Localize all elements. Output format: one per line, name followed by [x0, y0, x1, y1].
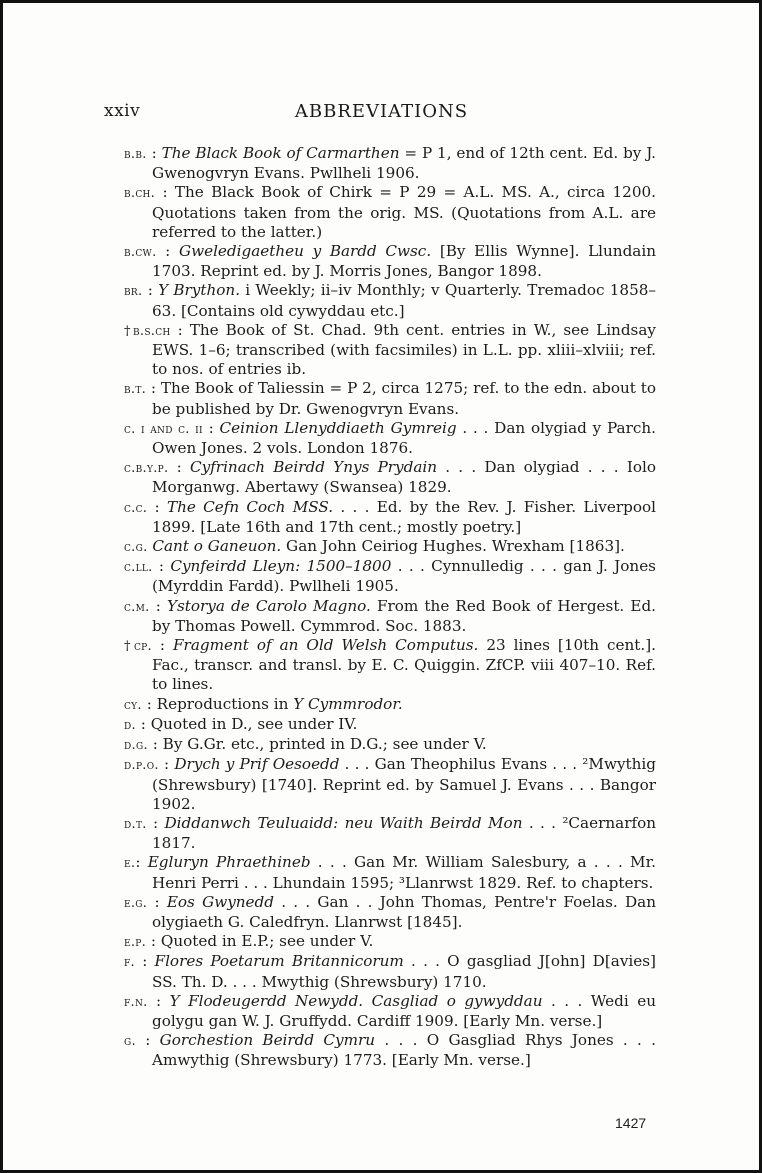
abbreviation-separator: : — [147, 498, 167, 516]
work-title: Y Brython. — [158, 281, 240, 299]
abbreviation-entry: c.g. Cant o Ganeuon. Gan John Ceiriog Hu… — [124, 537, 656, 557]
abbreviation-entry: b.t. : The Book of Taliessin = P 2, circ… — [124, 379, 656, 418]
work-title: Egluryn Phraethineb — [148, 853, 311, 871]
abbreviation-separator: : — [142, 281, 158, 299]
abbreviation-separator: : — [159, 755, 174, 773]
work-title: The Cefn Coch MSS. — [167, 498, 333, 516]
abbreviation-separator: : — [147, 893, 167, 911]
abbreviation-key: d.t. — [124, 817, 147, 832]
abbreviation-separator: : — [157, 242, 179, 260]
work-title: Cynfeirdd Lleyn: 1500–1800 — [170, 557, 391, 575]
work-title: Diddanwch Teuluaidd: neu Waith Beirdd Mo… — [165, 814, 523, 832]
abbreviation-key: br. — [124, 284, 142, 299]
abbreviation-key: b.t. — [124, 382, 146, 397]
abbreviation-entry: d. : Quoted in D., see under IV. — [124, 715, 656, 735]
work-title: Drych y Prif Oesoedd — [174, 755, 339, 773]
abbreviation-entry: e.g. : Eos Gwynedd . . . Gan . . John Th… — [124, 893, 656, 932]
abbreviation-entry: e.p. : Quoted in E.P.; see under V. — [124, 932, 656, 952]
entry-description: Quoted in E.P.; see under V. — [161, 932, 373, 950]
abbreviation-key: c.g. — [124, 540, 148, 555]
abbreviation-entry: c.m. : Ystorya de Carolo Magno. From the… — [124, 597, 656, 636]
abbreviation-key: d. — [124, 718, 136, 733]
abbreviation-key: b.cw. — [124, 245, 157, 260]
abbreviation-entry: e.: Egluryn Phraethineb . . . Gan Mr. Wi… — [124, 853, 656, 892]
abbreviation-separator: : — [153, 557, 171, 575]
work-title: Flores Poetarum Britannicorum — [155, 952, 404, 970]
work-title: Cant o Ganeuon. — [152, 537, 281, 555]
page-title: ABBREVIATIONS — [104, 101, 659, 122]
abbreviation-separator: : — [148, 992, 170, 1010]
abbreviation-entry: f. : Flores Poetarum Britannicorum . . .… — [124, 952, 656, 991]
abbreviation-key: e.p. — [124, 935, 146, 950]
abbreviation-key: †cp. — [124, 639, 152, 654]
abbreviation-key: d.p.o. — [124, 758, 159, 773]
scanned-page: xxiv ABBREVIATIONS b.b. : The Black Book… — [0, 0, 762, 1173]
work-title: Ystorya de Carolo Magno. — [167, 597, 371, 615]
abbreviation-key: f. — [124, 955, 135, 970]
work-title: Fragment of an Old Welsh Computus. — [173, 636, 478, 654]
abbreviation-separator: : — [148, 735, 163, 753]
page-number: 1427 — [615, 1115, 646, 1131]
abbreviation-key: b.ch. — [124, 186, 155, 201]
abbreviation-list: b.b. : The Black Book of Carmarthen = P … — [124, 144, 656, 1071]
abbreviation-key: g. — [124, 1034, 136, 1049]
abbreviation-key: cy. — [124, 698, 142, 713]
abbreviation-entry: †b.s.ch : The Book of St. Chad. 9th cent… — [124, 321, 656, 380]
abbreviation-entry: c.c. : The Cefn Coch MSS. . . . Ed. by t… — [124, 498, 656, 537]
abbreviation-separator: : — [168, 458, 190, 476]
entry-description: The Book of St. Chad. 9th cent. entries … — [152, 321, 656, 378]
work-title: The Black Book of Carmarthen — [162, 144, 400, 162]
abbreviation-key: f.n. — [124, 995, 148, 1010]
abbreviation-entry: g. : Gorchestion Beirdd Cymru . . . O Ga… — [124, 1031, 656, 1070]
abbreviation-separator: : — [150, 597, 167, 615]
entry-description: The Book of Taliessin = P 2, circa 1275;… — [152, 379, 656, 417]
entry-description: The Black Book of Chirk = P 29 = A.L. MS… — [152, 183, 656, 240]
abbreviation-separator: : — [155, 183, 175, 201]
abbreviation-key: c.b.y.p. — [124, 461, 168, 476]
abbreviation-key: c.m. — [124, 600, 150, 615]
abbreviation-separator: : — [147, 814, 165, 832]
abbreviation-entry: c.ll. : Cynfeirdd Lleyn: 1500–1800 . . .… — [124, 557, 656, 596]
abbreviation-entry: br. : Y Brython. i Weekly; ii–iv Monthly… — [124, 281, 656, 320]
abbreviation-separator: : — [152, 636, 173, 654]
abbreviation-key: b.b. — [124, 147, 147, 162]
abbreviation-separator: : — [135, 853, 147, 871]
work-title: Cyfrinach Beirdd Ynys Prydain — [190, 458, 437, 476]
abbreviation-separator: : — [147, 144, 162, 162]
work-title: Y Flodeugerdd Newydd. Casgliad o gywydda… — [170, 992, 543, 1010]
abbreviation-key: c.c. — [124, 501, 147, 516]
work-title: Gweledigaetheu y Bardd Cwsc. — [179, 242, 431, 260]
entry-description: Reproductions in — [157, 695, 294, 713]
abbreviation-separator: : — [136, 715, 151, 733]
abbreviation-separator: : — [171, 321, 190, 339]
abbreviation-key: c.ll. — [124, 560, 153, 575]
abbreviation-entry: d.g. : By G.Gr. etc., printed in D.G.; s… — [124, 735, 656, 755]
page-header: xxiv ABBREVIATIONS — [104, 101, 659, 127]
entry-description: By G.Gr. etc., printed in D.G.; see unde… — [163, 735, 487, 753]
abbreviation-separator: : — [203, 419, 220, 437]
entry-description: Quoted in D., see under IV. — [151, 715, 358, 733]
abbreviation-entry: d.p.o. : Drych y Prif Oesoedd . . . Gan … — [124, 755, 656, 814]
work-title: Y Cymmrodor. — [293, 695, 403, 713]
abbreviation-entry: †cp. : Fragment of an Old Welsh Computus… — [124, 636, 656, 695]
abbreviation-entry: b.cw. : Gweledigaetheu y Bardd Cwsc. [By… — [124, 242, 656, 281]
abbreviation-entry: c. i and c. ii : Ceinion Llenyddiaeth Gy… — [124, 419, 656, 458]
work-title: Eos Gwynedd — [167, 893, 274, 911]
abbreviation-key: c. i and c. ii — [124, 422, 203, 437]
abbreviation-key: e. — [124, 856, 135, 871]
work-title: Ceinion Llenyddiaeth Gymreig — [220, 419, 457, 437]
abbreviation-separator: : — [146, 379, 161, 397]
abbreviation-separator: : — [146, 932, 161, 950]
abbreviation-entry: b.ch. : The Black Book of Chirk = P 29 =… — [124, 183, 656, 242]
abbreviation-entry: f.n. : Y Flodeugerdd Newydd. Casgliad o … — [124, 992, 656, 1031]
abbreviation-separator: : — [135, 952, 155, 970]
abbreviation-entry: c.b.y.p. : Cyfrinach Beirdd Ynys Prydain… — [124, 458, 656, 497]
abbreviation-key: e.g. — [124, 896, 147, 911]
abbreviation-entry: d.t. : Diddanwch Teuluaidd: neu Waith Be… — [124, 814, 656, 853]
entry-description: Gan John Ceiriog Hughes. Wrexham [1863]. — [281, 537, 625, 555]
abbreviation-key: †b.s.ch — [124, 324, 171, 339]
abbreviation-key: d.g. — [124, 738, 148, 753]
work-title: Gorchestion Beirdd Cymru — [160, 1031, 375, 1049]
abbreviation-separator: : — [142, 695, 157, 713]
abbreviation-entry: b.b. : The Black Book of Carmarthen = P … — [124, 144, 656, 183]
abbreviation-entry: cy. : Reproductions in Y Cymmrodor. — [124, 695, 656, 715]
abbreviation-separator: : — [136, 1031, 160, 1049]
